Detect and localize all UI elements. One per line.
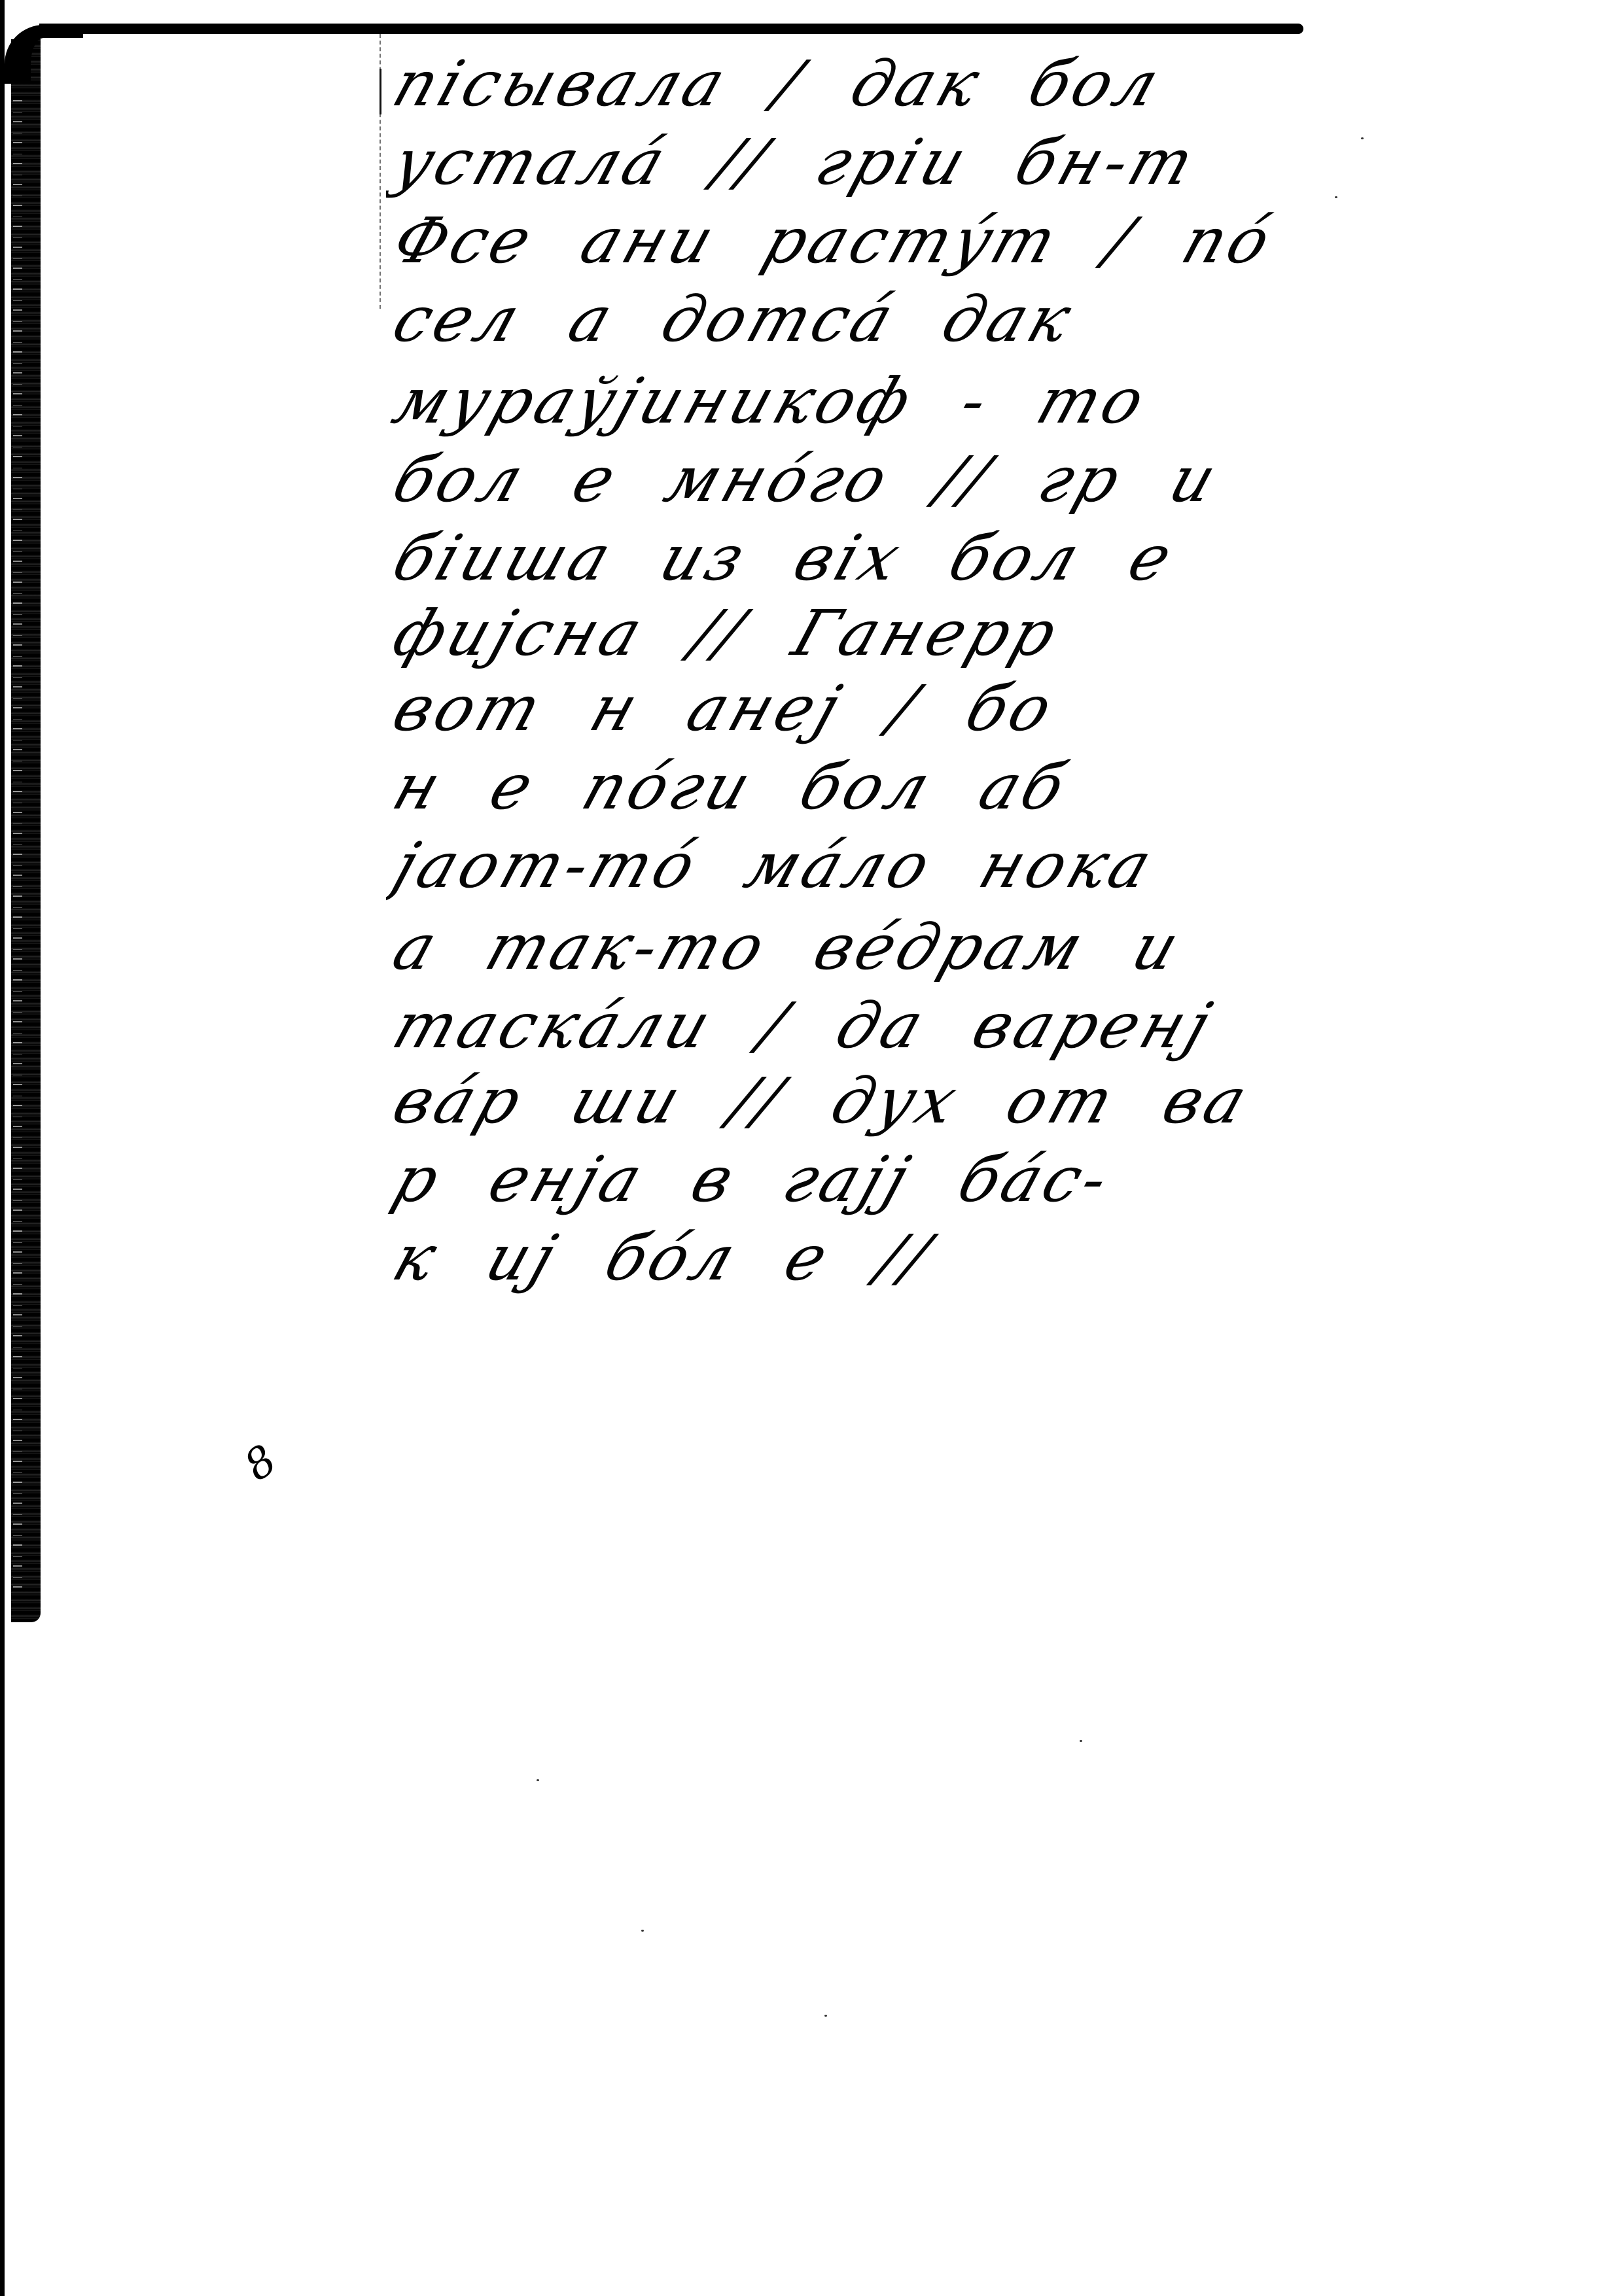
handwritten-line-7: біиша из віх бол е [386, 527, 1183, 589]
handwritten-line-14: вáр ши // дух от ва [386, 1070, 1258, 1132]
handwritten-line-2: усталá // гріи бн-т [386, 131, 1205, 194]
handwritten-line-8: фиjсна // Ганерр [386, 602, 1068, 665]
page-number: 8 [236, 1436, 285, 1491]
handwritten-line-6: бол е мнóго // гр и [386, 448, 1227, 511]
handwritten-line-1: пісывала / дак бол [386, 52, 1170, 115]
handwritten-line-4: сел а дотсá дак [386, 288, 1082, 351]
handwritten-line-11: jаот-тó мáло нока [386, 834, 1163, 897]
handwritten-line-12: а так-то вéдрам и [386, 916, 1190, 979]
handwritten-text-block: пісывала / дак бол усталá // гріи бн-т Ф… [386, 26, 1305, 1334]
handwritten-line-15: р енjа в гајј бáс- [386, 1148, 1120, 1211]
handwritten-line-9: вот н анеј / бо [386, 677, 1063, 740]
scanned-page: пісывала / дак бол усталá // гріи бн-т Ф… [0, 0, 1607, 2296]
margin-line-mark [380, 69, 381, 114]
handwritten-line-13: таскáли / да варенj [386, 994, 1222, 1057]
handwritten-line-5: мураўjиникоф - то [386, 370, 1156, 432]
binding-texture [13, 92, 22, 1596]
handwritten-line-10: н е пóги бол аб [386, 756, 1076, 818]
handwritten-line-3: Фсе ани растýт / пó [386, 209, 1282, 272]
handwritten-line-16: к иј бóл е // [386, 1226, 940, 1289]
scan-edge-bar [0, 0, 5, 2296]
